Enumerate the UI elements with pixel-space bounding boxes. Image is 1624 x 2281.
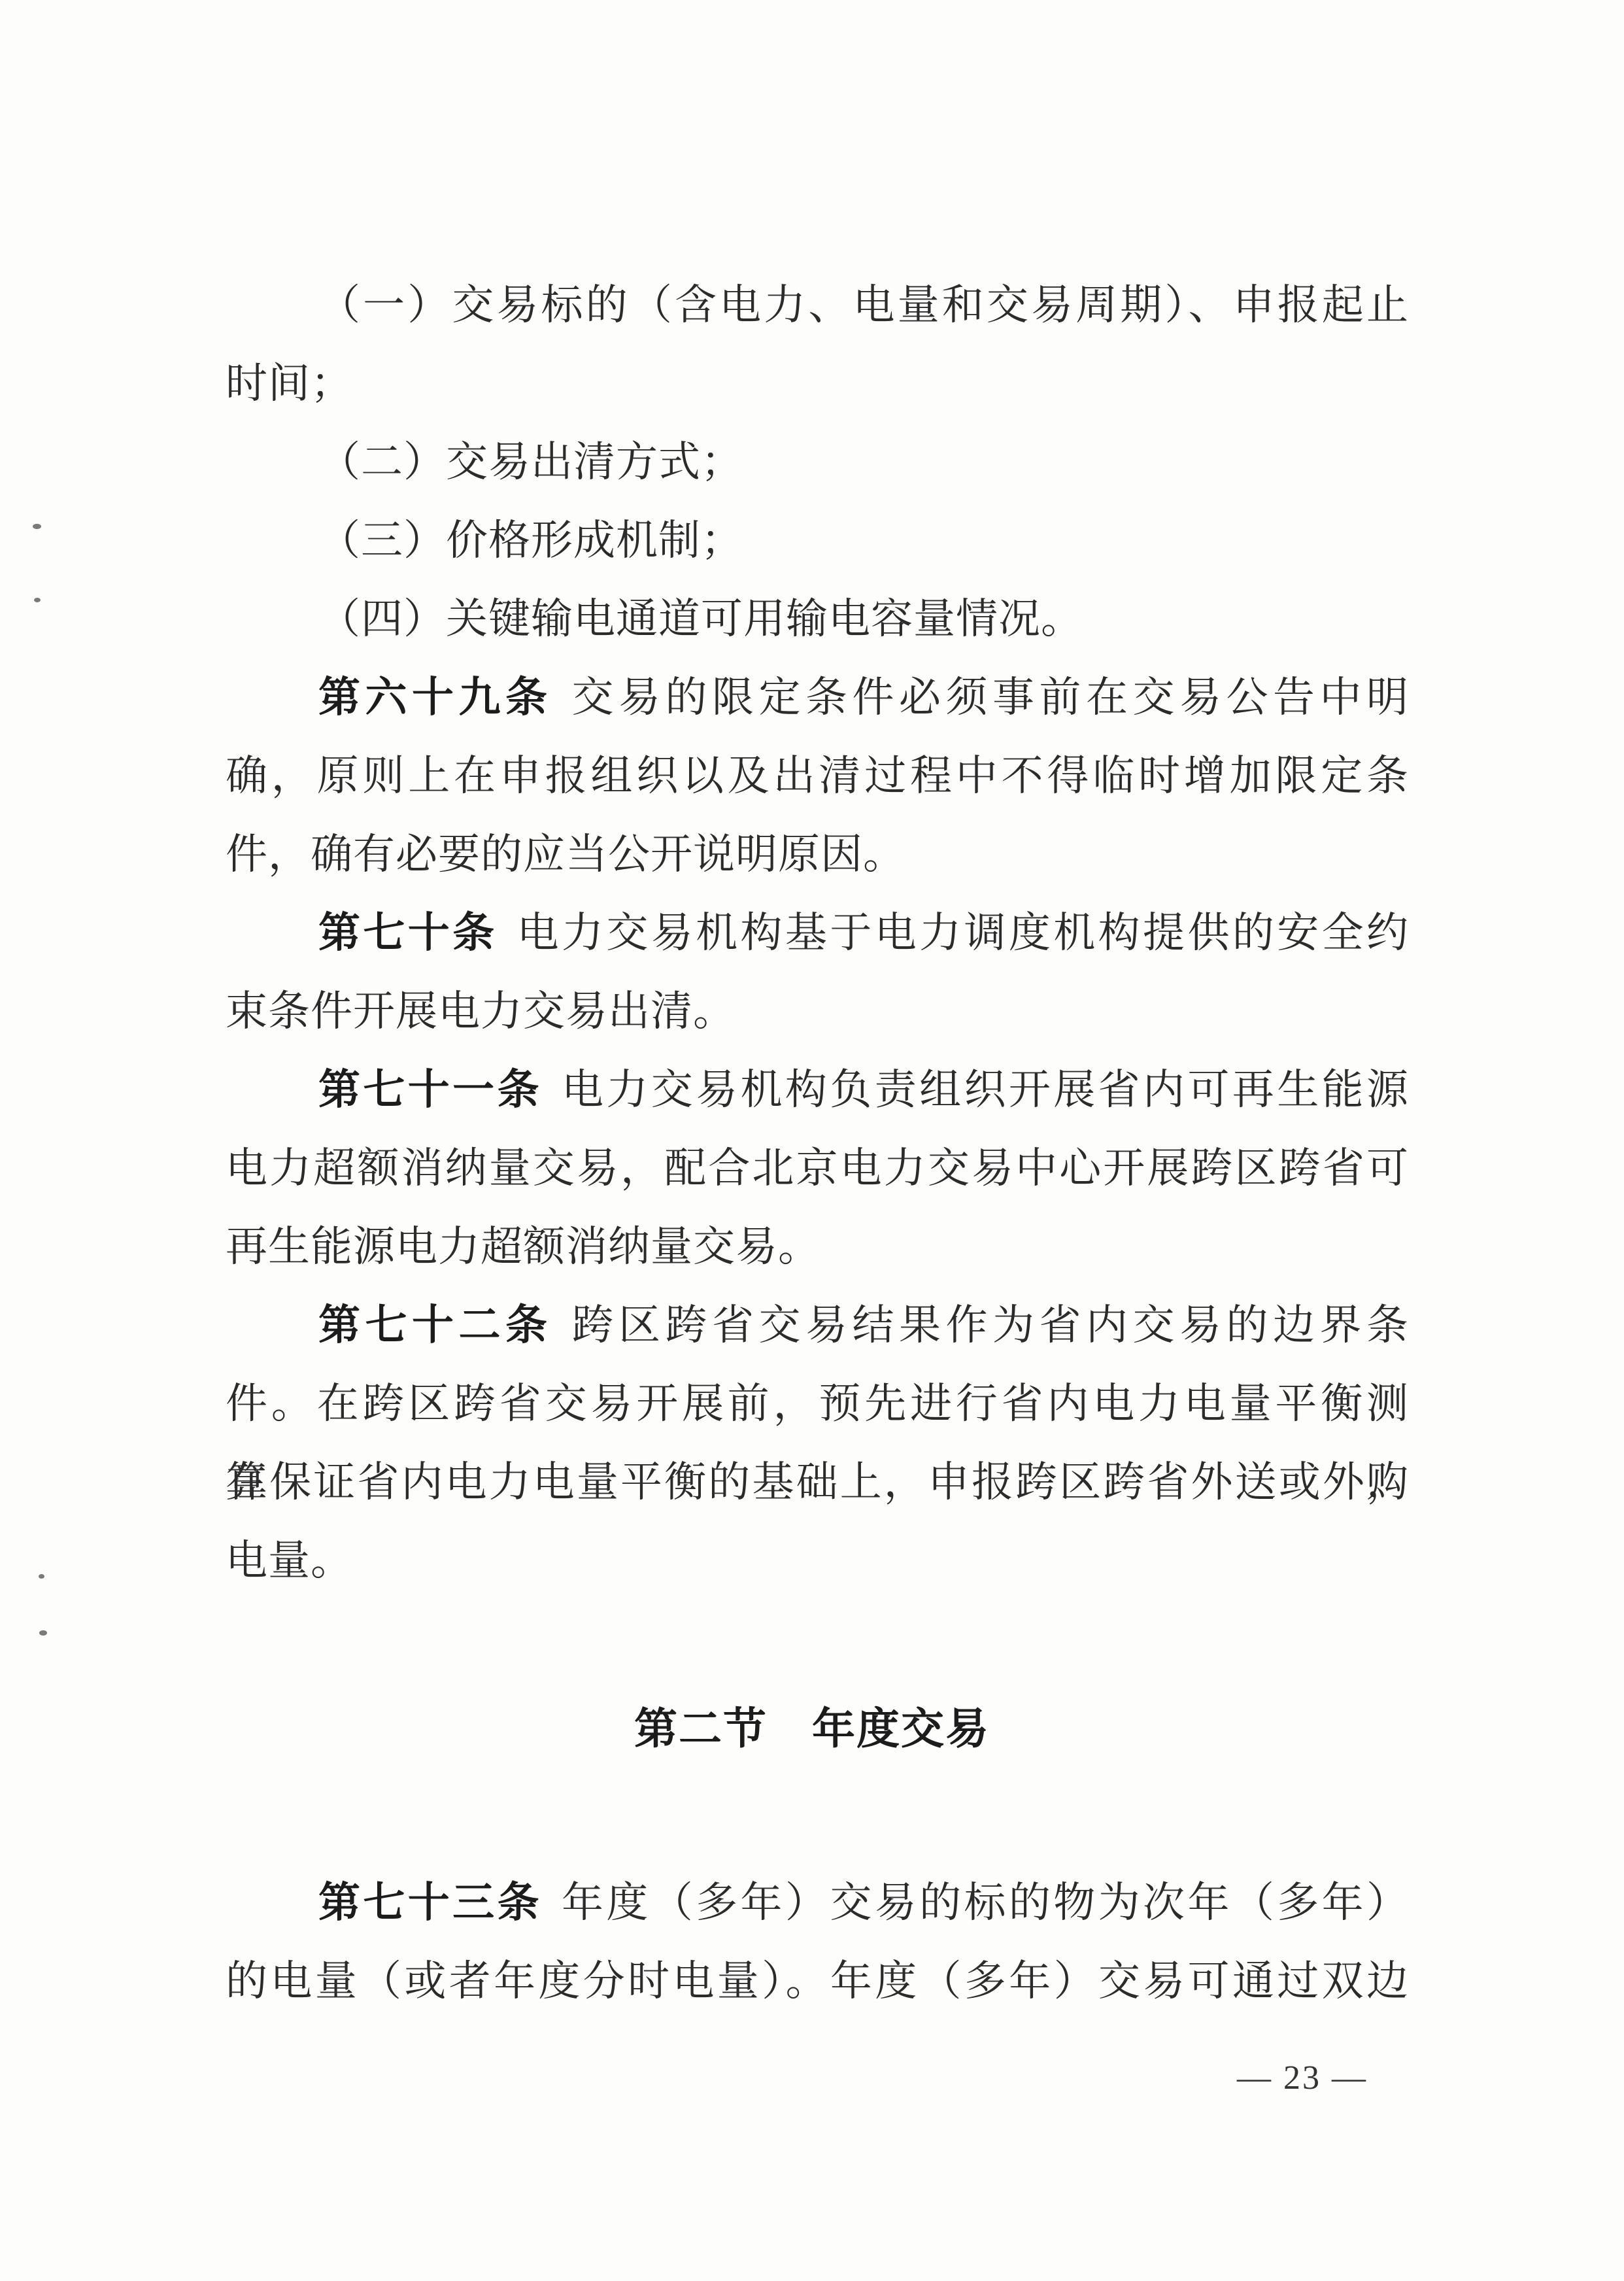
line-text: （一）交易标的（含电力、电量和交易周期）、申报起止 [318,282,1409,328]
line-text: （二）交易出清方式； [318,439,743,485]
text-line: 件，确有必要的应当公开说明原因。 [226,815,1409,894]
line-text: 时间； [226,360,353,407]
line-text: 跨区跨省交易结果作为省内交易的边界条 [572,1302,1410,1348]
text-line: 第七十一条电力交易机构负责组织开展省内可再生能源 [226,1051,1409,1129]
text-line: 在保证省内电力电量平衡的基础上，申报跨区跨省外送或外购 [226,1443,1409,1522]
text-line: 件。在跨区跨省交易开展前，预先进行省内电力电量平衡测算， [226,1365,1409,1443]
section-heading: 第二节 年度交易 [0,1690,1624,1769]
line-text: 在保证省内电力电量平衡的基础上，申报跨区跨省外送或外购 [226,1459,1409,1505]
line-text: 交易的限定条件必须事前在交易公告中明 [572,674,1410,721]
text-line: 确，原则上在申报组织以及出清过程中不得临时增加限定条 [226,737,1409,815]
article-number: 第六十九条 [318,674,552,721]
article-number: 第七十条 [318,910,498,956]
text-line: 第七十二条跨区跨省交易结果作为省内交易的边界条 [226,1286,1409,1365]
scan-speck [33,524,41,529]
text-line: （一）交易标的（含电力、电量和交易周期）、申报起止 [226,266,1409,345]
line-text: 电力交易机构基于电力调度机构提供的安全约 [517,910,1409,956]
text-line: 的电量（或者年度分时电量）。年度（多年）交易可通过双边 [226,1942,1409,2021]
page-number: — 23 — [1237,2057,1368,2099]
text-line: 时间； [226,345,1409,423]
line-text: 年度（多年）交易的标的物为次年（多年） [562,1879,1409,1926]
line-text: 电力交易机构负责组织开展省内可再生能源 [562,1067,1409,1113]
text-line: 第六十九条交易的限定条件必须事前在交易公告中明 [226,659,1409,737]
line-text: （三）价格形成机制； [318,517,743,564]
text-line: （三）价格形成机制； [226,502,1409,580]
text-line: （四）关键输电通道可用输电容量情况。 [226,580,1409,659]
text-line: 第七十条电力交易机构基于电力调度机构提供的安全约 [226,894,1409,972]
scan-speck [39,1630,47,1636]
line-text: 电力超额消纳量交易，配合北京电力交易中心开展跨区跨省可 [226,1145,1409,1192]
line-text: 确，原则上在申报组织以及出清过程中不得临时增加限定条 [226,753,1409,799]
article-number: 第七十二条 [318,1302,552,1348]
line-text: 电量。 [226,1537,353,1584]
text-line: 再生能源电力超额消纳量交易。 [226,1208,1409,1286]
text-line: 束条件开展电力交易出清。 [226,972,1409,1051]
text-line: 电量。 [226,1522,1409,1600]
article-number: 第七十三条 [318,1879,542,1926]
scan-speck [39,1574,44,1579]
line-text: （四）关键输电通道可用输电容量情况。 [318,596,1083,642]
text-line: 电力超额消纳量交易，配合北京电力交易中心开展跨区跨省可 [226,1129,1409,1208]
text-line: （二）交易出清方式； [226,423,1409,502]
line-text: 束条件开展电力交易出清。 [226,988,736,1035]
text-line: 第七十三条年度（多年）交易的标的物为次年（多年） [226,1864,1409,1942]
article-number: 第七十一条 [318,1067,542,1113]
line-text: 再生能源电力超额消纳量交易。 [226,1224,820,1270]
line-text: 的电量（或者年度分时电量）。年度（多年）交易可通过双边 [226,1958,1409,2004]
line-text: 件，确有必要的应当公开说明原因。 [226,831,905,878]
scan-speck [34,598,41,602]
document-page: （一）交易标的（含电力、电量和交易周期）、申报起止 时间； （二）交易出清方式；… [0,0,1624,2281]
